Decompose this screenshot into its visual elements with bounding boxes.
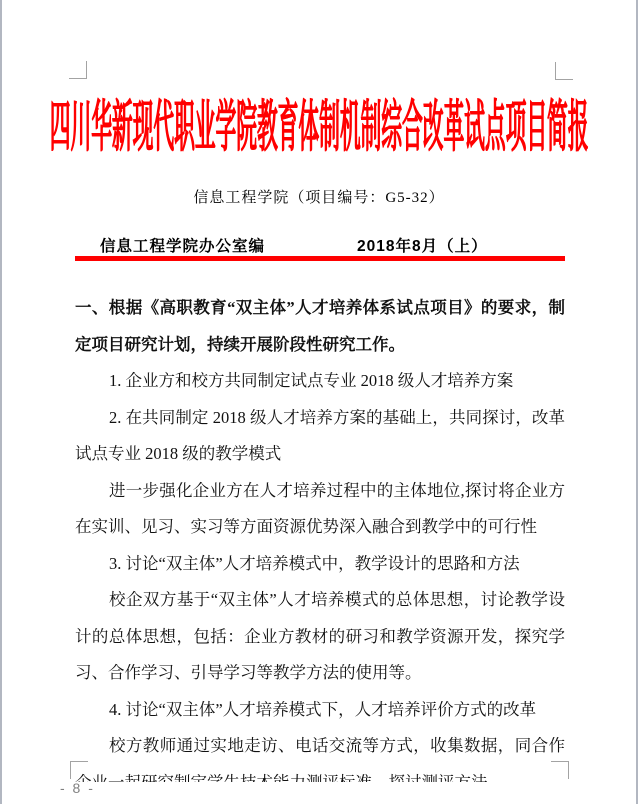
- masthead-subtitle: 信息工程学院（项目编号：G5-32）: [0, 186, 638, 207]
- page-number: - 8 -: [60, 780, 95, 796]
- paragraph: 校企双方基于“双主体”人才培养模式的总体思想，讨论教学设计的总体思想，包括：企业…: [75, 582, 565, 692]
- editor-label: 信息工程学院办公室编: [100, 234, 265, 256]
- document-body: 一、根据《高职教育“双主体”人才培养体系试点项目》的要求，制定项目研究计划，持续…: [75, 290, 565, 782]
- crop-mark-top-right-icon: [555, 62, 573, 80]
- masthead-divider-rule: [75, 256, 565, 261]
- masthead-title: 四川华新现代职业学院教育体制机制综合改革试点项目简报: [50, 99, 589, 155]
- paragraph: 3. 讨论“双主体”人才培养模式中，教学设计的思路和方法: [75, 546, 565, 583]
- paragraph: 2. 在共同制定 2018 级人才培养方案的基础上，共同探讨，改革试点专业 20…: [75, 400, 565, 473]
- section-heading: 一、根据《高职教育“双主体”人才培养体系试点项目》的要求，制定项目研究计划，持续…: [75, 290, 565, 363]
- paragraph: 校方教师通过实地走访、电话交流等方式，收集数据，同合作企业一起研究制定学生技术能…: [75, 728, 565, 782]
- issue-date-label: 2018年8月（上）: [357, 234, 488, 256]
- paragraph: 4. 讨论“双主体”人才培养模式下，人才培养评价方式的改革: [75, 692, 565, 729]
- paragraph: 1. 企业方和校方共同制定试点专业 2018 级人才培养方案: [75, 363, 565, 400]
- crop-mark-top-left-icon: [69, 61, 87, 79]
- edit-info-row: 信息工程学院办公室编 2018年8月（上）: [75, 234, 565, 254]
- masthead: 四川华新现代职业学院教育体制机制综合改革试点项目简报: [0, 94, 638, 160]
- document-page: 四川华新现代职业学院教育体制机制综合改革试点项目简报 信息工程学院（项目编号：G…: [0, 0, 638, 804]
- paragraph: 进一步强化企业方在人才培养过程中的主体地位,探讨将企业方在实训、见习、实习等方面…: [75, 473, 565, 546]
